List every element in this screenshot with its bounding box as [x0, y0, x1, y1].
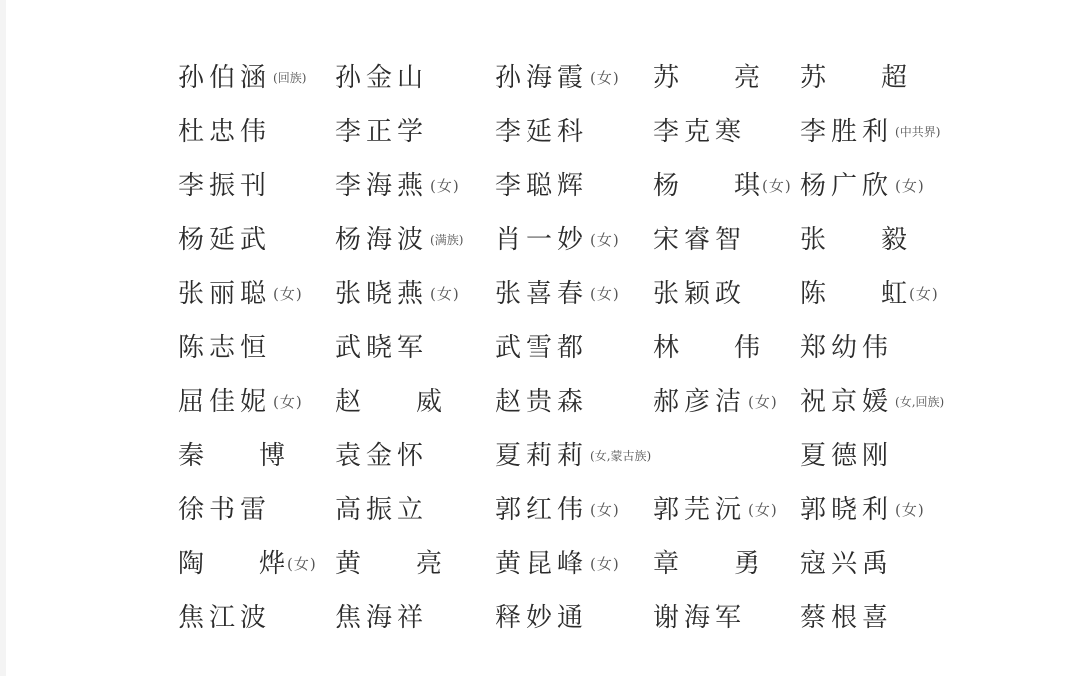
- name-entry: 肖一妙(女): [495, 220, 620, 260]
- name-entry: 李聪辉: [495, 166, 588, 206]
- name-annotation: (女): [590, 58, 620, 98]
- name-annotation: (女): [273, 382, 303, 422]
- name-entry: 袁金怀: [335, 436, 428, 476]
- person-name: 黄昆峰: [495, 544, 588, 584]
- name-entry: 郭晓利(女): [800, 490, 925, 530]
- person-name: 李聪辉: [495, 166, 588, 206]
- name-entry: 李克寒: [653, 112, 746, 152]
- name-annotation: (女): [748, 490, 778, 530]
- person-name: 肖一妙: [495, 220, 588, 260]
- person-name: 郭晓利: [800, 490, 893, 530]
- name-row: 秦博袁金怀夏莉莉(女,蒙古族)夏德刚: [0, 436, 1080, 476]
- name-entry: 夏莉莉(女,蒙古族): [495, 436, 651, 476]
- name-entry: 杨海波(满族): [335, 220, 463, 260]
- name-entry: 郭芫沅(女): [653, 490, 778, 530]
- name-entry: 张颖政: [653, 274, 746, 314]
- name-entry: 李振刊: [178, 166, 271, 206]
- name-entry: 郑幼伟: [800, 328, 893, 368]
- name-annotation: (中共界): [895, 112, 940, 152]
- name-entry: 徐书雷: [178, 490, 271, 530]
- name-entry: 秦博: [178, 436, 285, 476]
- person-name: 张颖政: [653, 274, 746, 314]
- name-entry: 苏亮: [653, 58, 760, 98]
- name-row: 孙伯涵(回族)孙金山孙海霞(女)苏亮苏超: [0, 58, 1080, 98]
- person-name: 赵威: [335, 382, 442, 422]
- person-name: 郑幼伟: [800, 328, 893, 368]
- name-entry: 屈佳妮(女): [178, 382, 303, 422]
- person-name: 屈佳妮: [178, 382, 271, 422]
- name-entry: 赵威: [335, 382, 442, 422]
- person-name: 陈虹: [800, 274, 907, 314]
- person-name: 赵贵森: [495, 382, 588, 422]
- name-entry: 武晓军: [335, 328, 428, 368]
- name-entry: 蔡根喜: [800, 598, 893, 638]
- name-entry: 焦海祥: [335, 598, 428, 638]
- name-entry: 宋睿智: [653, 220, 746, 260]
- person-name: 夏德刚: [800, 436, 893, 476]
- name-entry: 高振立: [335, 490, 428, 530]
- person-name: 杨延武: [178, 220, 271, 260]
- person-name: 李延科: [495, 112, 588, 152]
- name-row: 陈志恒武晓军武雪都林伟郑幼伟: [0, 328, 1080, 368]
- person-name: 郭芫沅: [653, 490, 746, 530]
- name-annotation: (女): [895, 490, 925, 530]
- name-annotation: (女): [430, 166, 460, 206]
- person-name: 武雪都: [495, 328, 588, 368]
- name-annotation: (女): [590, 490, 620, 530]
- name-entry: 张丽聪(女): [178, 274, 303, 314]
- person-name: 祝京媛: [800, 382, 893, 422]
- name-entry: 杨广欣(女): [800, 166, 925, 206]
- name-annotation: (女): [590, 544, 620, 584]
- name-annotation: (女): [762, 166, 792, 206]
- person-name: 张毅: [800, 220, 907, 260]
- name-annotation: (女): [909, 274, 939, 314]
- name-entry: 释妙通: [495, 598, 588, 638]
- name-row: 张丽聪(女)张晓燕(女)张喜春(女)张颖政陈虹(女): [0, 274, 1080, 314]
- name-annotation: (满族): [430, 220, 463, 260]
- person-name: 李振刊: [178, 166, 271, 206]
- name-entry: 黄亮: [335, 544, 442, 584]
- name-entry: 陈志恒: [178, 328, 271, 368]
- name-annotation: (女,回族): [895, 382, 944, 422]
- name-annotation: (女): [287, 544, 317, 584]
- name-annotation: (女): [590, 274, 620, 314]
- name-annotation: (女): [273, 274, 303, 314]
- name-row: 杨延武杨海波(满族)肖一妙(女)宋睿智张毅: [0, 220, 1080, 260]
- person-name: 焦江波: [178, 598, 271, 638]
- person-name: 章勇: [653, 544, 760, 584]
- name-entry: 陶烨(女): [178, 544, 317, 584]
- name-entry: 李正学: [335, 112, 428, 152]
- name-annotation: (女): [895, 166, 925, 206]
- name-entry: 孙金山: [335, 58, 428, 98]
- name-row: 焦江波焦海祥释妙通谢海军蔡根喜: [0, 598, 1080, 638]
- person-name: 苏超: [800, 58, 907, 98]
- name-entry: 章勇: [653, 544, 760, 584]
- person-name: 李正学: [335, 112, 428, 152]
- name-row: 徐书雷高振立郭红伟(女)郭芫沅(女)郭晓利(女): [0, 490, 1080, 530]
- name-entry: 杨琪(女): [653, 166, 792, 206]
- person-name: 袁金怀: [335, 436, 428, 476]
- name-annotation: (女,蒙古族): [590, 436, 651, 476]
- name-annotation: (女): [430, 274, 460, 314]
- name-entry: 寇兴禹: [800, 544, 893, 584]
- person-name: 孙金山: [335, 58, 428, 98]
- person-name: 徐书雷: [178, 490, 271, 530]
- person-name: 焦海祥: [335, 598, 428, 638]
- person-name: 释妙通: [495, 598, 588, 638]
- name-entry: 郭红伟(女): [495, 490, 620, 530]
- name-entry: 张晓燕(女): [335, 274, 460, 314]
- person-name: 陈志恒: [178, 328, 271, 368]
- person-name: 武晓军: [335, 328, 428, 368]
- name-entry: 孙海霞(女): [495, 58, 620, 98]
- person-name: 夏莉莉: [495, 436, 588, 476]
- person-name: 张喜春: [495, 274, 588, 314]
- person-name: 寇兴禹: [800, 544, 893, 584]
- name-entry: 李海燕(女): [335, 166, 460, 206]
- name-entry: 李胜利(中共界): [800, 112, 940, 152]
- name-row: 屈佳妮(女)赵威赵贵森郝彦洁(女)祝京媛(女,回族): [0, 382, 1080, 422]
- person-name: 秦博: [178, 436, 285, 476]
- person-name: 谢海军: [653, 598, 746, 638]
- name-entry: 杨延武: [178, 220, 271, 260]
- name-entry: 焦江波: [178, 598, 271, 638]
- name-entry: 孙伯涵(回族): [178, 58, 306, 98]
- name-entry: 郝彦洁(女): [653, 382, 778, 422]
- name-entry: 李延科: [495, 112, 588, 152]
- person-name: 陶烨: [178, 544, 285, 584]
- name-row: 杜忠伟李正学李延科李克寒李胜利(中共界): [0, 112, 1080, 152]
- name-entry: 祝京媛(女,回族): [800, 382, 944, 422]
- person-name: 杨广欣: [800, 166, 893, 206]
- person-name: 李海燕: [335, 166, 428, 206]
- name-entry: 张喜春(女): [495, 274, 620, 314]
- name-entry: 林伟: [653, 328, 760, 368]
- name-annotation: (女): [748, 382, 778, 422]
- person-name: 林伟: [653, 328, 760, 368]
- person-name: 高振立: [335, 490, 428, 530]
- person-name: 苏亮: [653, 58, 760, 98]
- person-name: 孙伯涵: [178, 58, 271, 98]
- person-name: 郭红伟: [495, 490, 588, 530]
- person-name: 蔡根喜: [800, 598, 893, 638]
- person-name: 张丽聪: [178, 274, 271, 314]
- name-entry: 赵贵森: [495, 382, 588, 422]
- name-row: 李振刊李海燕(女)李聪辉杨琪(女)杨广欣(女): [0, 166, 1080, 206]
- name-entry: 夏德刚: [800, 436, 893, 476]
- name-annotation: (回族): [273, 58, 306, 98]
- name-list: 孙伯涵(回族)孙金山孙海霞(女)苏亮苏超杜忠伟李正学李延科李克寒李胜利(中共界)…: [0, 0, 1080, 676]
- name-entry: 杜忠伟: [178, 112, 271, 152]
- person-name: 黄亮: [335, 544, 442, 584]
- person-name: 杜忠伟: [178, 112, 271, 152]
- person-name: 郝彦洁: [653, 382, 746, 422]
- person-name: 杨海波: [335, 220, 428, 260]
- name-entry: 张毅: [800, 220, 907, 260]
- name-row: 陶烨(女)黄亮黄昆峰(女)章勇寇兴禹: [0, 544, 1080, 584]
- name-entry: 苏超: [800, 58, 907, 98]
- name-entry: 谢海军: [653, 598, 746, 638]
- person-name: 杨琪: [653, 166, 760, 206]
- person-name: 孙海霞: [495, 58, 588, 98]
- person-name: 李胜利: [800, 112, 893, 152]
- person-name: 张晓燕: [335, 274, 428, 314]
- person-name: 宋睿智: [653, 220, 746, 260]
- name-entry: 黄昆峰(女): [495, 544, 620, 584]
- name-entry: 陈虹(女): [800, 274, 939, 314]
- name-entry: 武雪都: [495, 328, 588, 368]
- person-name: 李克寒: [653, 112, 746, 152]
- name-annotation: (女): [590, 220, 620, 260]
